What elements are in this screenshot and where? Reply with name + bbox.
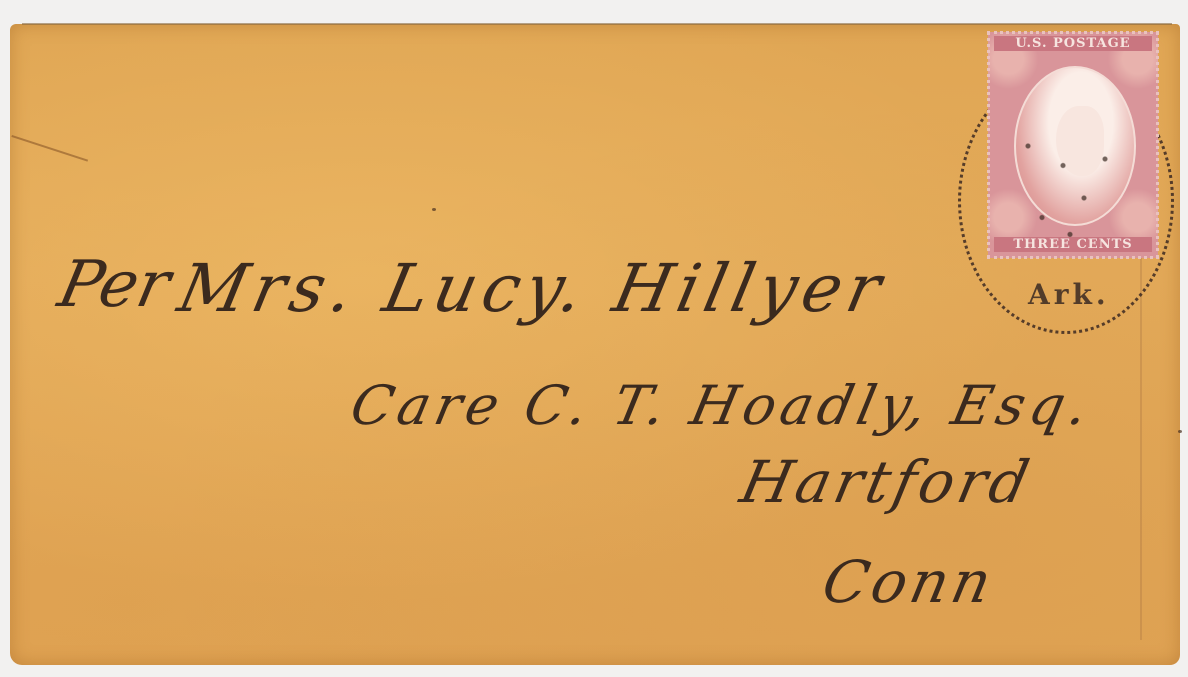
stamp-top-text: U.S. POSTAGE — [994, 36, 1152, 51]
paper-speck — [1178, 430, 1182, 433]
cancellation-marks — [1000, 120, 1140, 250]
address-care-of: Care C. T. Hoadly, Esq. — [345, 374, 1098, 437]
envelope-top-edge — [22, 23, 1172, 25]
postmark-text: Ark. — [1028, 278, 1110, 311]
address-city: Hartford — [735, 448, 1039, 516]
address-prefix: Per — [52, 248, 176, 322]
address-recipient: Mrs. Lucy. Hillyer — [172, 250, 894, 327]
address-state: Conn — [817, 548, 1001, 616]
paper-speck — [432, 208, 436, 211]
